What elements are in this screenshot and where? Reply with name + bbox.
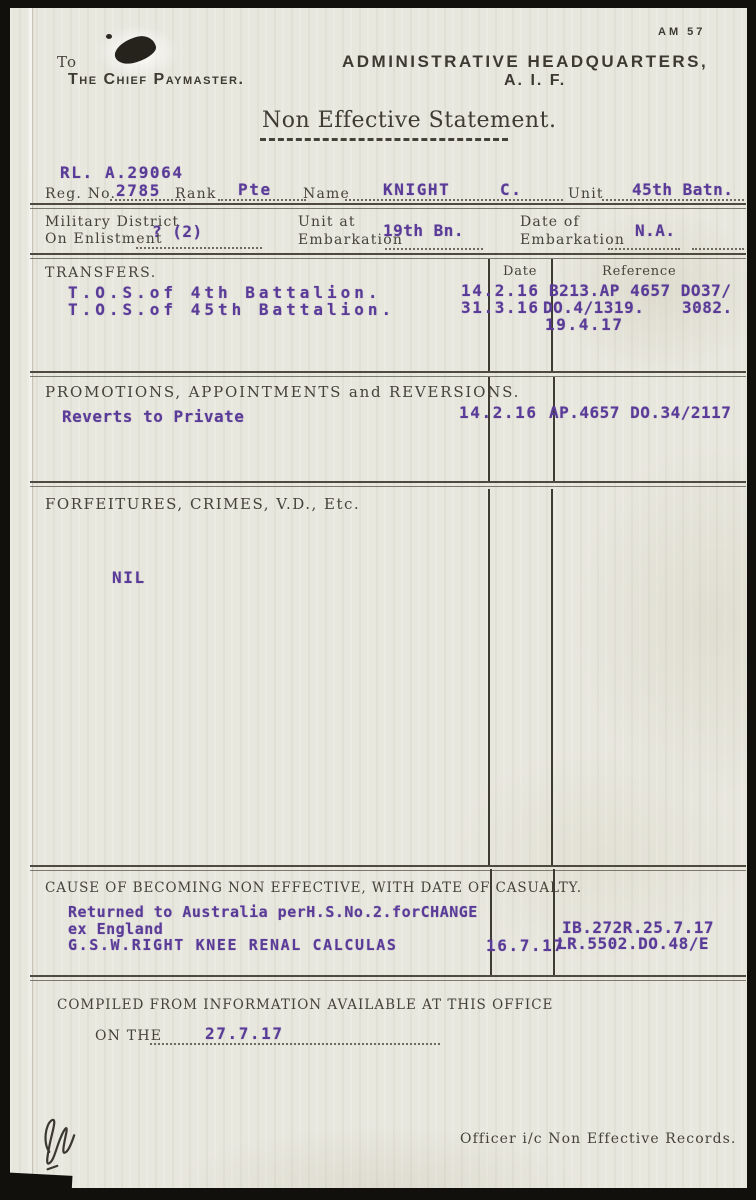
cause-line1: Returned to Australia perH.S.No.2.forCHA… [68, 903, 478, 921]
cause-line3-reference: LR.5502.DO.48/E [557, 934, 709, 953]
title-underline [260, 138, 508, 141]
cause-line3-date: 16.7.17 [486, 936, 565, 955]
transfers-heading: TRANSFERS. [45, 265, 157, 281]
column-divider [553, 869, 555, 975]
transfer-row-reference: 19.4.17 [545, 315, 624, 334]
section-rule [30, 253, 746, 259]
dotted-leader [608, 246, 680, 250]
dotted-leader [692, 246, 744, 250]
page-title: Non Effective Statement. [262, 108, 507, 133]
addressee: The Chief Paymaster. [68, 71, 244, 89]
unit-label: Unit [568, 186, 604, 202]
column-divider [488, 489, 490, 865]
military-district-value: ? (2) [152, 222, 203, 241]
transfer-row-description: T.O.S.of 45th Battalion. [68, 300, 395, 319]
dotted-leader [150, 1041, 440, 1045]
rl-label: RL. [60, 163, 94, 182]
section-rule [30, 865, 746, 871]
handwritten-initials [32, 1110, 92, 1174]
name-initial: C. [500, 180, 522, 199]
section-rule [30, 975, 746, 981]
paper-crease [29, 8, 32, 1188]
rank-label: Rank [175, 186, 217, 202]
column-divider [553, 377, 555, 481]
officer-line: Officer i/c Non Effective Records. [460, 1131, 736, 1147]
column-divider [551, 489, 553, 865]
form-code: AM 57 [658, 26, 705, 38]
section-rule [30, 203, 746, 209]
corner-shadow [10, 1172, 72, 1188]
transfers-date-column-header: Date [503, 264, 537, 279]
org-name-line2: A. I. F. [504, 72, 566, 90]
scanned-document-page: { "form_code": "AM 57", "header": { "to_… [0, 0, 756, 1200]
unit-embarkation-value: 19th Bn. [383, 221, 464, 240]
promotions-heading: PROMOTIONS, APPOINTMENTS and REVERSIONS. [45, 383, 520, 401]
dotted-leader [136, 245, 262, 249]
cause-line3: G.S.W.RIGHT KNEE RENAL CALCULAS [68, 936, 398, 954]
unit-embarkation-label-1: Unit at [298, 214, 356, 230]
column-divider [490, 869, 492, 975]
unit-value: 45th Batn. [632, 180, 733, 199]
dotted-leader [345, 197, 563, 201]
cause-heading: CAUSE OF BECOMING NON EFFECTIVE, WITH DA… [45, 880, 582, 896]
paper-tear-dot [106, 34, 112, 39]
name-value: KNIGHT [383, 180, 450, 199]
date-embarkation-label-1: Date of [520, 214, 580, 230]
promotion-row-reference: AP.4657 DO.34/2117 [549, 403, 731, 422]
section-rule [30, 371, 746, 377]
org-name-line1: ADMINISTRATIVE HEADQUARTERS, [342, 52, 708, 72]
reg-no-label: Reg. No. [45, 186, 116, 202]
date-embarkation-value: N.A. [635, 221, 676, 240]
transfer-row-reference-right: 3082. [682, 298, 733, 317]
compiled-date: 27.7.17 [205, 1024, 284, 1043]
transfers-reference-column-header: Reference [602, 264, 676, 279]
promotion-row-date: 14.2.16 [459, 403, 538, 422]
forfeitures-heading: FORFEITURES, CRIMES, V.D., Etc. [45, 495, 360, 513]
name-label: Name [303, 186, 350, 202]
forfeitures-entry: NIL [112, 568, 146, 587]
column-divider [488, 377, 490, 481]
compiled-line: COMPILED FROM INFORMATION AVAILABLE AT T… [57, 997, 553, 1013]
rank-value: Pte [238, 180, 272, 199]
dotted-leader [385, 246, 483, 250]
paper-sheet: AM 57 To The Chief Paymaster. ADMINISTRA… [10, 8, 747, 1188]
rl-number: A.29064 [105, 163, 184, 182]
reg-no-value: 2785 [116, 181, 161, 200]
promotion-row-description: Reverts to Private [62, 407, 244, 426]
transfer-row-date: 31.3.16 [461, 298, 540, 317]
section-rule [30, 481, 746, 487]
to-label: To [57, 53, 77, 71]
